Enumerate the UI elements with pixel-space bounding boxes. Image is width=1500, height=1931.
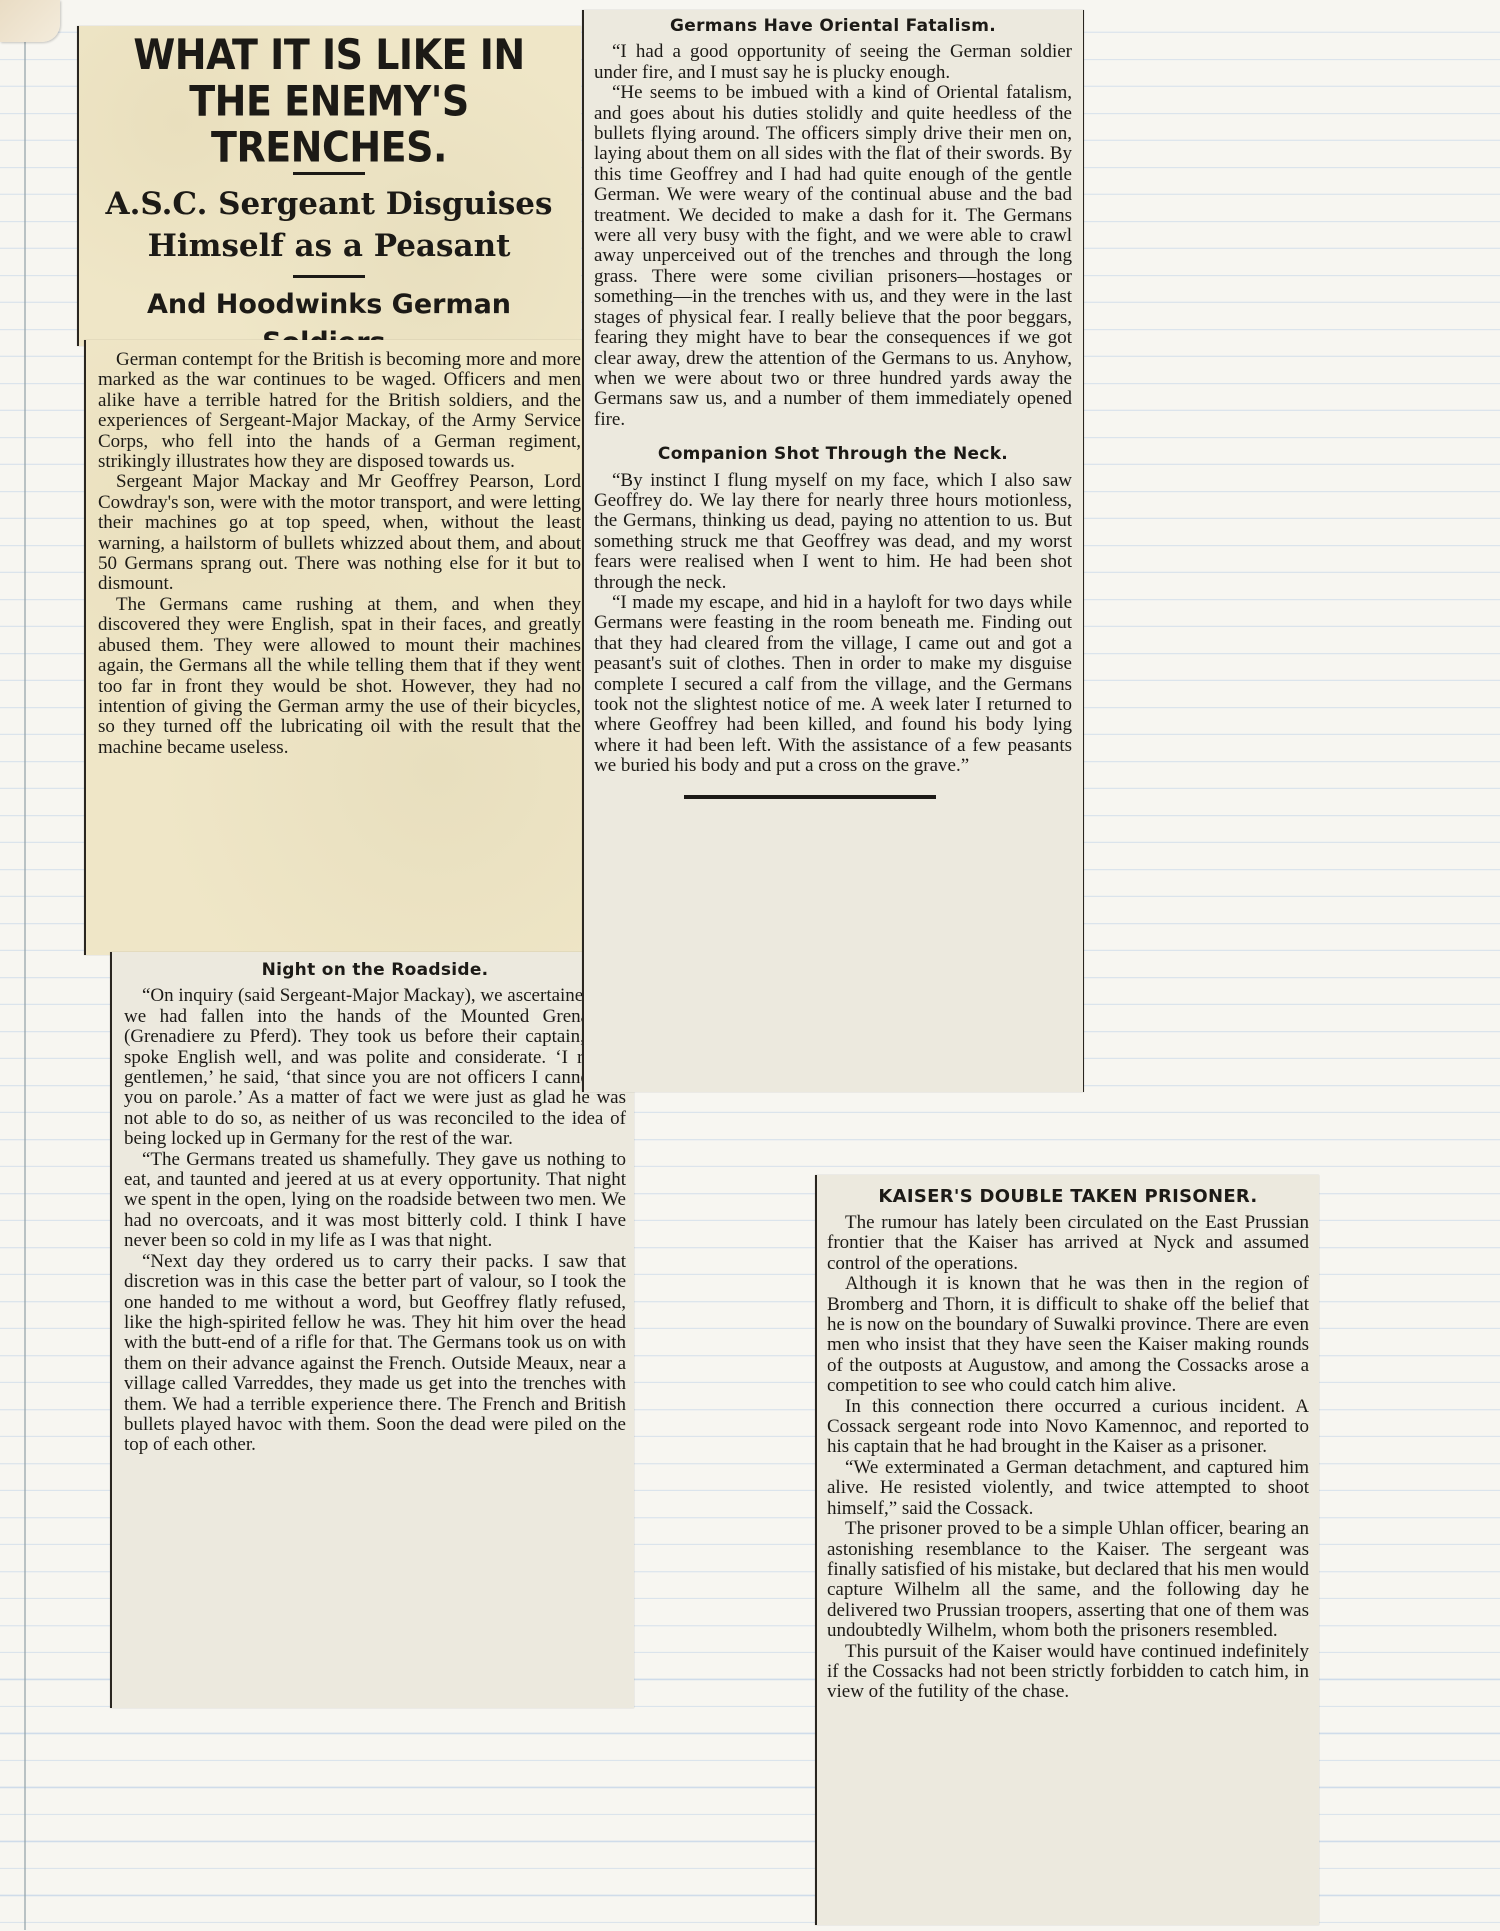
paragraph: “Next day they ordered us to carry their… xyxy=(124,1252,626,1456)
page-margin-line xyxy=(24,30,26,1930)
paragraph: German contempt for the British is becom… xyxy=(98,350,581,472)
paragraph: The prisoner proved to be a simple Uhlan… xyxy=(827,1519,1309,1641)
section-subhead: Germans Have Oriental Fatalism. xyxy=(594,16,1072,36)
clipping-trenches-col1: German contempt for the British is becom… xyxy=(84,340,589,955)
clipping-trenches-headline: WHAT IT IS LIKE IN THE ENEMY'S TRENCHES.… xyxy=(77,26,581,346)
article-body: German contempt for the British is becom… xyxy=(84,340,589,758)
folded-corner xyxy=(0,0,60,42)
end-rule xyxy=(684,795,936,799)
paragraph: “By instinct I flung myself on my face, … xyxy=(594,471,1072,593)
paragraph: “I had a good opportunity of seeing the … xyxy=(594,42,1072,83)
section-subhead: Companion Shot Through the Neck. xyxy=(594,444,1072,464)
paragraph: “The Germans treated us shamefully. They… xyxy=(124,1150,626,1252)
article-body: Night on the Roadside. “On inquiry (said… xyxy=(110,952,634,1456)
paragraph: The Germans came rushing at them, and wh… xyxy=(98,595,581,758)
divider xyxy=(293,172,365,175)
paragraph: “He seems to be imbued with a kind of Or… xyxy=(594,83,1072,430)
section-subhead: Night on the Roadside. xyxy=(124,960,626,980)
paragraph: In this connection there occurred a curi… xyxy=(827,1397,1309,1458)
clipping-night-roadside: Night on the Roadside. “On inquiry (said… xyxy=(110,952,634,1708)
paragraph: “On inquiry (said Sergeant-Major Mackay)… xyxy=(124,986,626,1149)
clipping-kaiser-double: KAISER'S DOUBLE TAKEN PRISONER. The rumo… xyxy=(815,1175,1319,1925)
paragraph: The rumour has lately been circulated on… xyxy=(827,1213,1309,1274)
paragraph: This pursuit of the Kaiser would have co… xyxy=(827,1642,1309,1703)
deck-subtitle: A.S.C. Sergeant Disguises Himself as a P… xyxy=(77,183,581,267)
headline: WHAT IT IS LIKE IN THE ENEMY'S TRENCHES. xyxy=(77,32,581,171)
paragraph: Sergeant Major Mackay and Mr Geoffrey Pe… xyxy=(98,472,581,594)
headline: KAISER'S DOUBLE TAKEN PRISONER. xyxy=(867,1185,1269,1209)
paragraph: Although it is known that he was then in… xyxy=(827,1274,1309,1396)
article-body: KAISER'S DOUBLE TAKEN PRISONER. The rumo… xyxy=(815,1175,1319,1703)
clipping-fatalism-column: Germans Have Oriental Fatalism. “I had a… xyxy=(582,10,1084,1092)
article-body: Germans Have Oriental Fatalism. “I had a… xyxy=(582,10,1084,799)
paragraph: “We exterminated a German detachment, an… xyxy=(827,1458,1309,1519)
paragraph: “I made my escape, and hid in a hayloft … xyxy=(594,593,1072,777)
divider xyxy=(293,275,365,278)
